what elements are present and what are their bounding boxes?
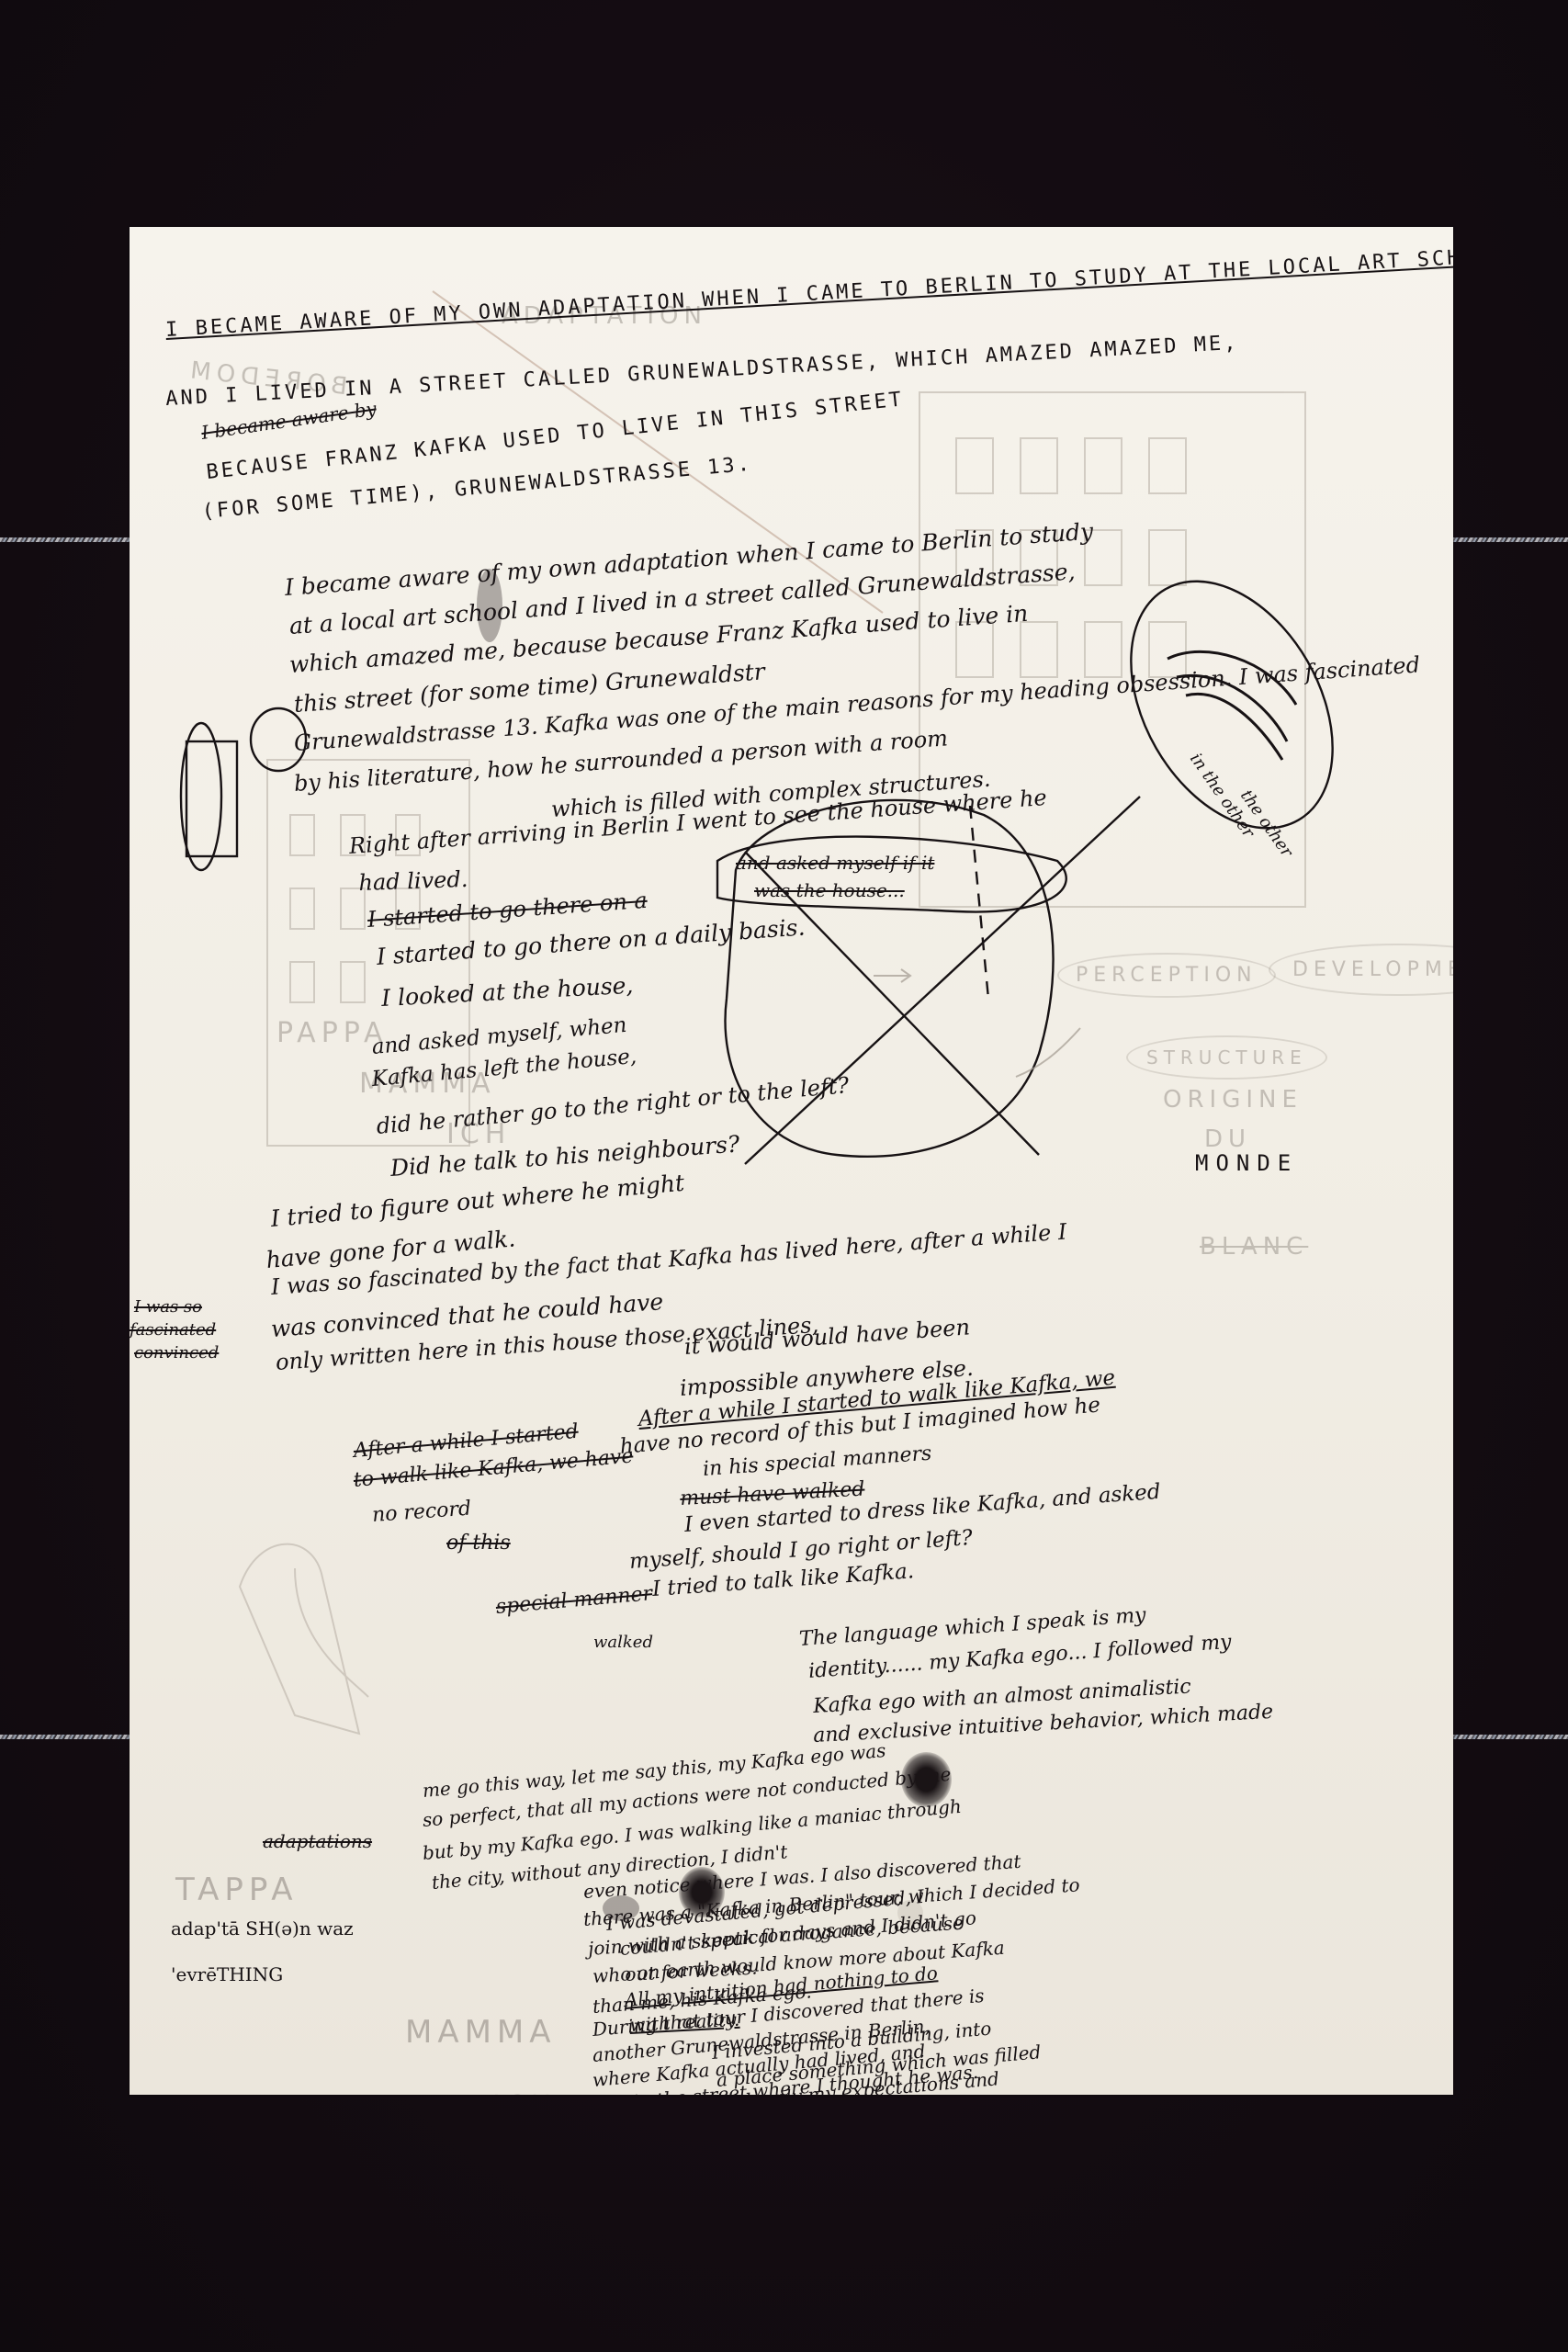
phonetic-adaptation: adap'tā SH(ə)n waz — [171, 1917, 354, 1939]
ink-scribble — [901, 1752, 952, 1807]
manuscript-lower-layer: I was devastated, got depressed, I could… — [130, 227, 1453, 2095]
phonetic-adaptations: adaptations — [263, 1830, 372, 1852]
ink-scribble — [679, 1867, 725, 1917]
phonetic-everything: 'evrēTHING — [171, 1963, 283, 1985]
p5-line: with reality. — [629, 2008, 740, 2036]
